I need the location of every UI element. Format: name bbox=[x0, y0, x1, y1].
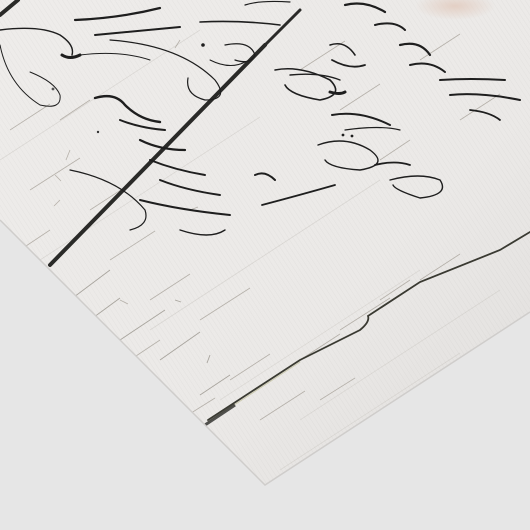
paper-corner-illustration bbox=[0, 0, 530, 530]
product-photo-scene: Alphabet ABCDE Mademoiselle bbox=[0, 0, 530, 530]
